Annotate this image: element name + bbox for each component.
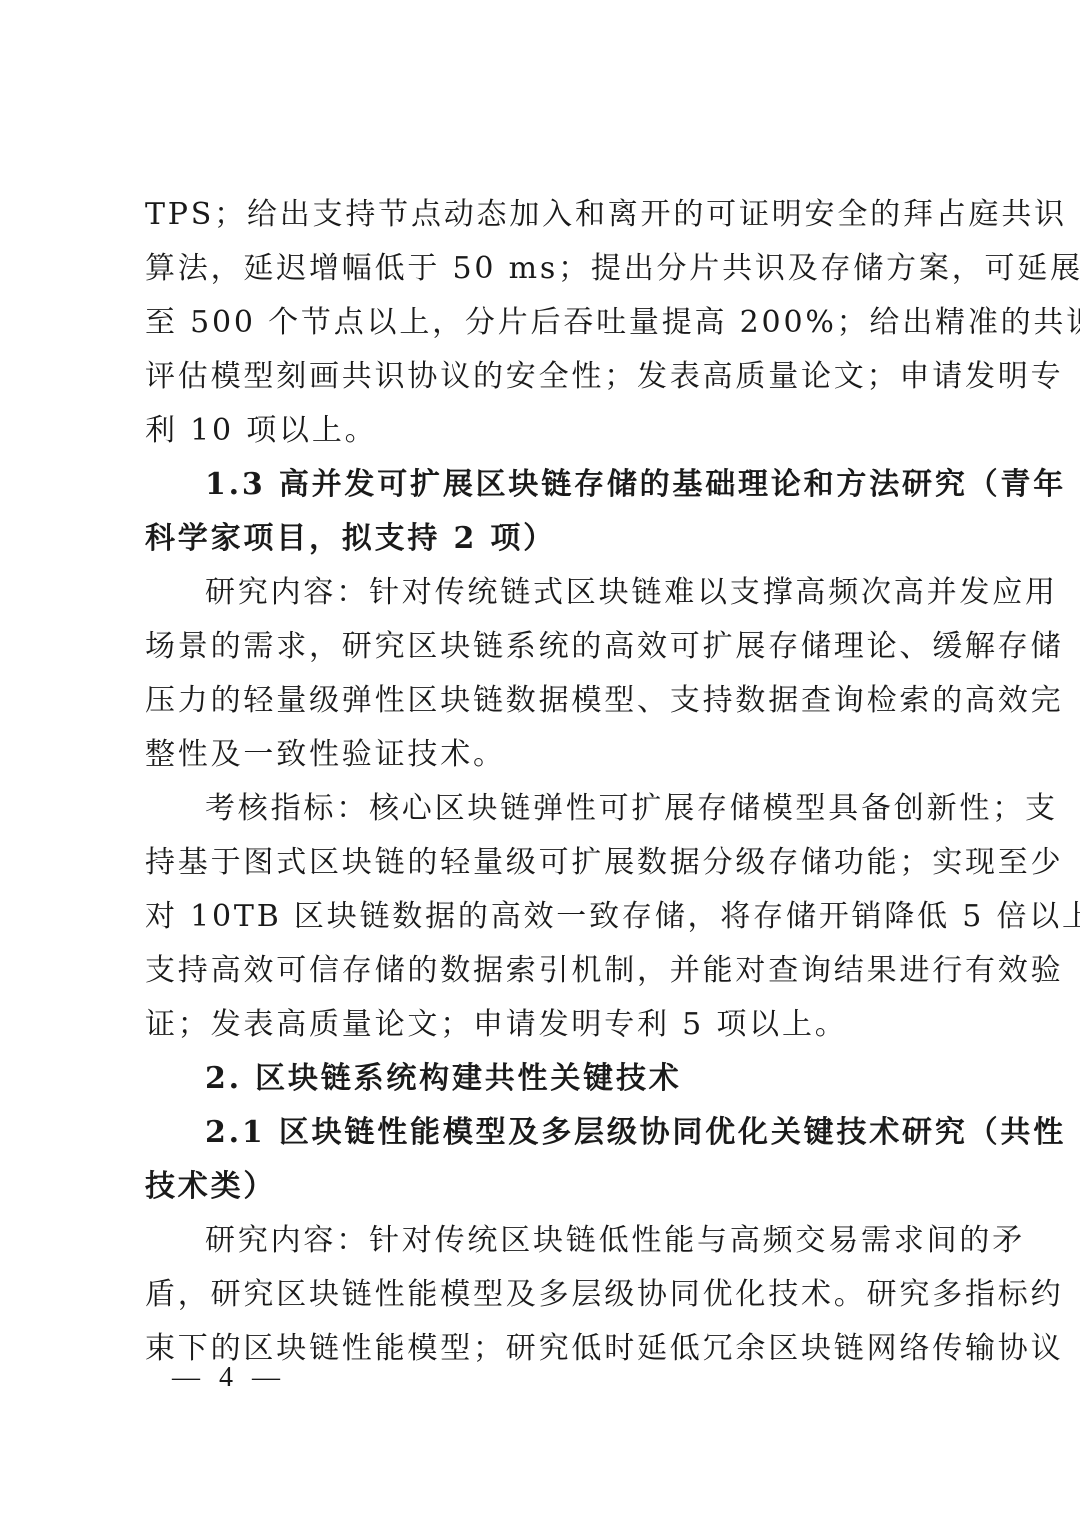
text-line: 研究内容：针对传统链式区块链难以支撑高频次高并发应用 (145, 566, 938, 620)
document-page: TPS；给出支持节点动态加入和离开的可证明安全的拜占庭共识 算法，延迟增幅低于 … (145, 188, 938, 1376)
text-line: 至 500 个节点以上，分片后吞吐量提高 200%；给出精准的共识 (145, 296, 938, 350)
text-line: 支持高效可信存储的数据索引机制，并能对查询结果进行有效验 (145, 944, 938, 998)
section-heading-2-1: 2.1 区块链性能模型及多层级协同优化关键技术研究（共性 技术类） (145, 1106, 938, 1214)
heading-line: 2. 区块链系统构建共性关键技术 (145, 1052, 938, 1106)
heading-line: 科学家项目，拟支持 2 项） (145, 512, 938, 566)
text-line: 对 10TB 区块链数据的高效一致存储，将存储开销降低 5 倍以上； (145, 890, 938, 944)
heading-line: 2.1 区块链性能模型及多层级协同优化关键技术研究（共性 (145, 1106, 938, 1160)
page-number: — 4 — (172, 1362, 286, 1394)
text-line: 整性及一致性验证技术。 (145, 728, 938, 782)
text-line: 场景的需求，研究区块链系统的高效可扩展存储理论、缓解存储 (145, 620, 938, 674)
text-line: TPS；给出支持节点动态加入和离开的可证明安全的拜占庭共识 (145, 188, 938, 242)
paragraph-continuation: TPS；给出支持节点动态加入和离开的可证明安全的拜占庭共识 算法，延迟增幅低于 … (145, 188, 938, 458)
text-line: 压力的轻量级弹性区块链数据模型、支持数据查询检索的高效完 (145, 674, 938, 728)
text-line: 算法，延迟增幅低于 50 ms；提出分片共识及存储方案，可延展 (145, 242, 938, 296)
text-line: 利 10 项以上。 (145, 404, 938, 458)
paragraph-research-content-2-1: 研究内容：针对传统区块链低性能与高频交易需求间的矛 盾，研究区块链性能模型及多层… (145, 1214, 938, 1376)
text-line: 持基于图式区块链的轻量级可扩展数据分级存储功能；实现至少 (145, 836, 938, 890)
section-heading-2: 2. 区块链系统构建共性关键技术 (145, 1052, 938, 1106)
section-heading-1-3: 1.3 高并发可扩展区块链存储的基础理论和方法研究（青年 科学家项目，拟支持 2… (145, 458, 938, 566)
text-line: 研究内容：针对传统区块链低性能与高频交易需求间的矛 (145, 1214, 938, 1268)
heading-line: 技术类） (145, 1160, 938, 1214)
paragraph-research-content-1-3: 研究内容：针对传统链式区块链难以支撑高频次高并发应用 场景的需求，研究区块链系统… (145, 566, 938, 782)
text-line: 考核指标：核心区块链弹性可扩展存储模型具备创新性；支 (145, 782, 938, 836)
paragraph-assessment-indicators-1-3: 考核指标：核心区块链弹性可扩展存储模型具备创新性；支 持基于图式区块链的轻量级可… (145, 782, 938, 1052)
text-line: 证；发表高质量论文；申请发明专利 5 项以上。 (145, 998, 938, 1052)
heading-line: 1.3 高并发可扩展区块链存储的基础理论和方法研究（青年 (145, 458, 938, 512)
text-line: 盾，研究区块链性能模型及多层级协同优化技术。研究多指标约 (145, 1268, 938, 1322)
text-line: 评估模型刻画共识协议的安全性；发表高质量论文；申请发明专 (145, 350, 938, 404)
